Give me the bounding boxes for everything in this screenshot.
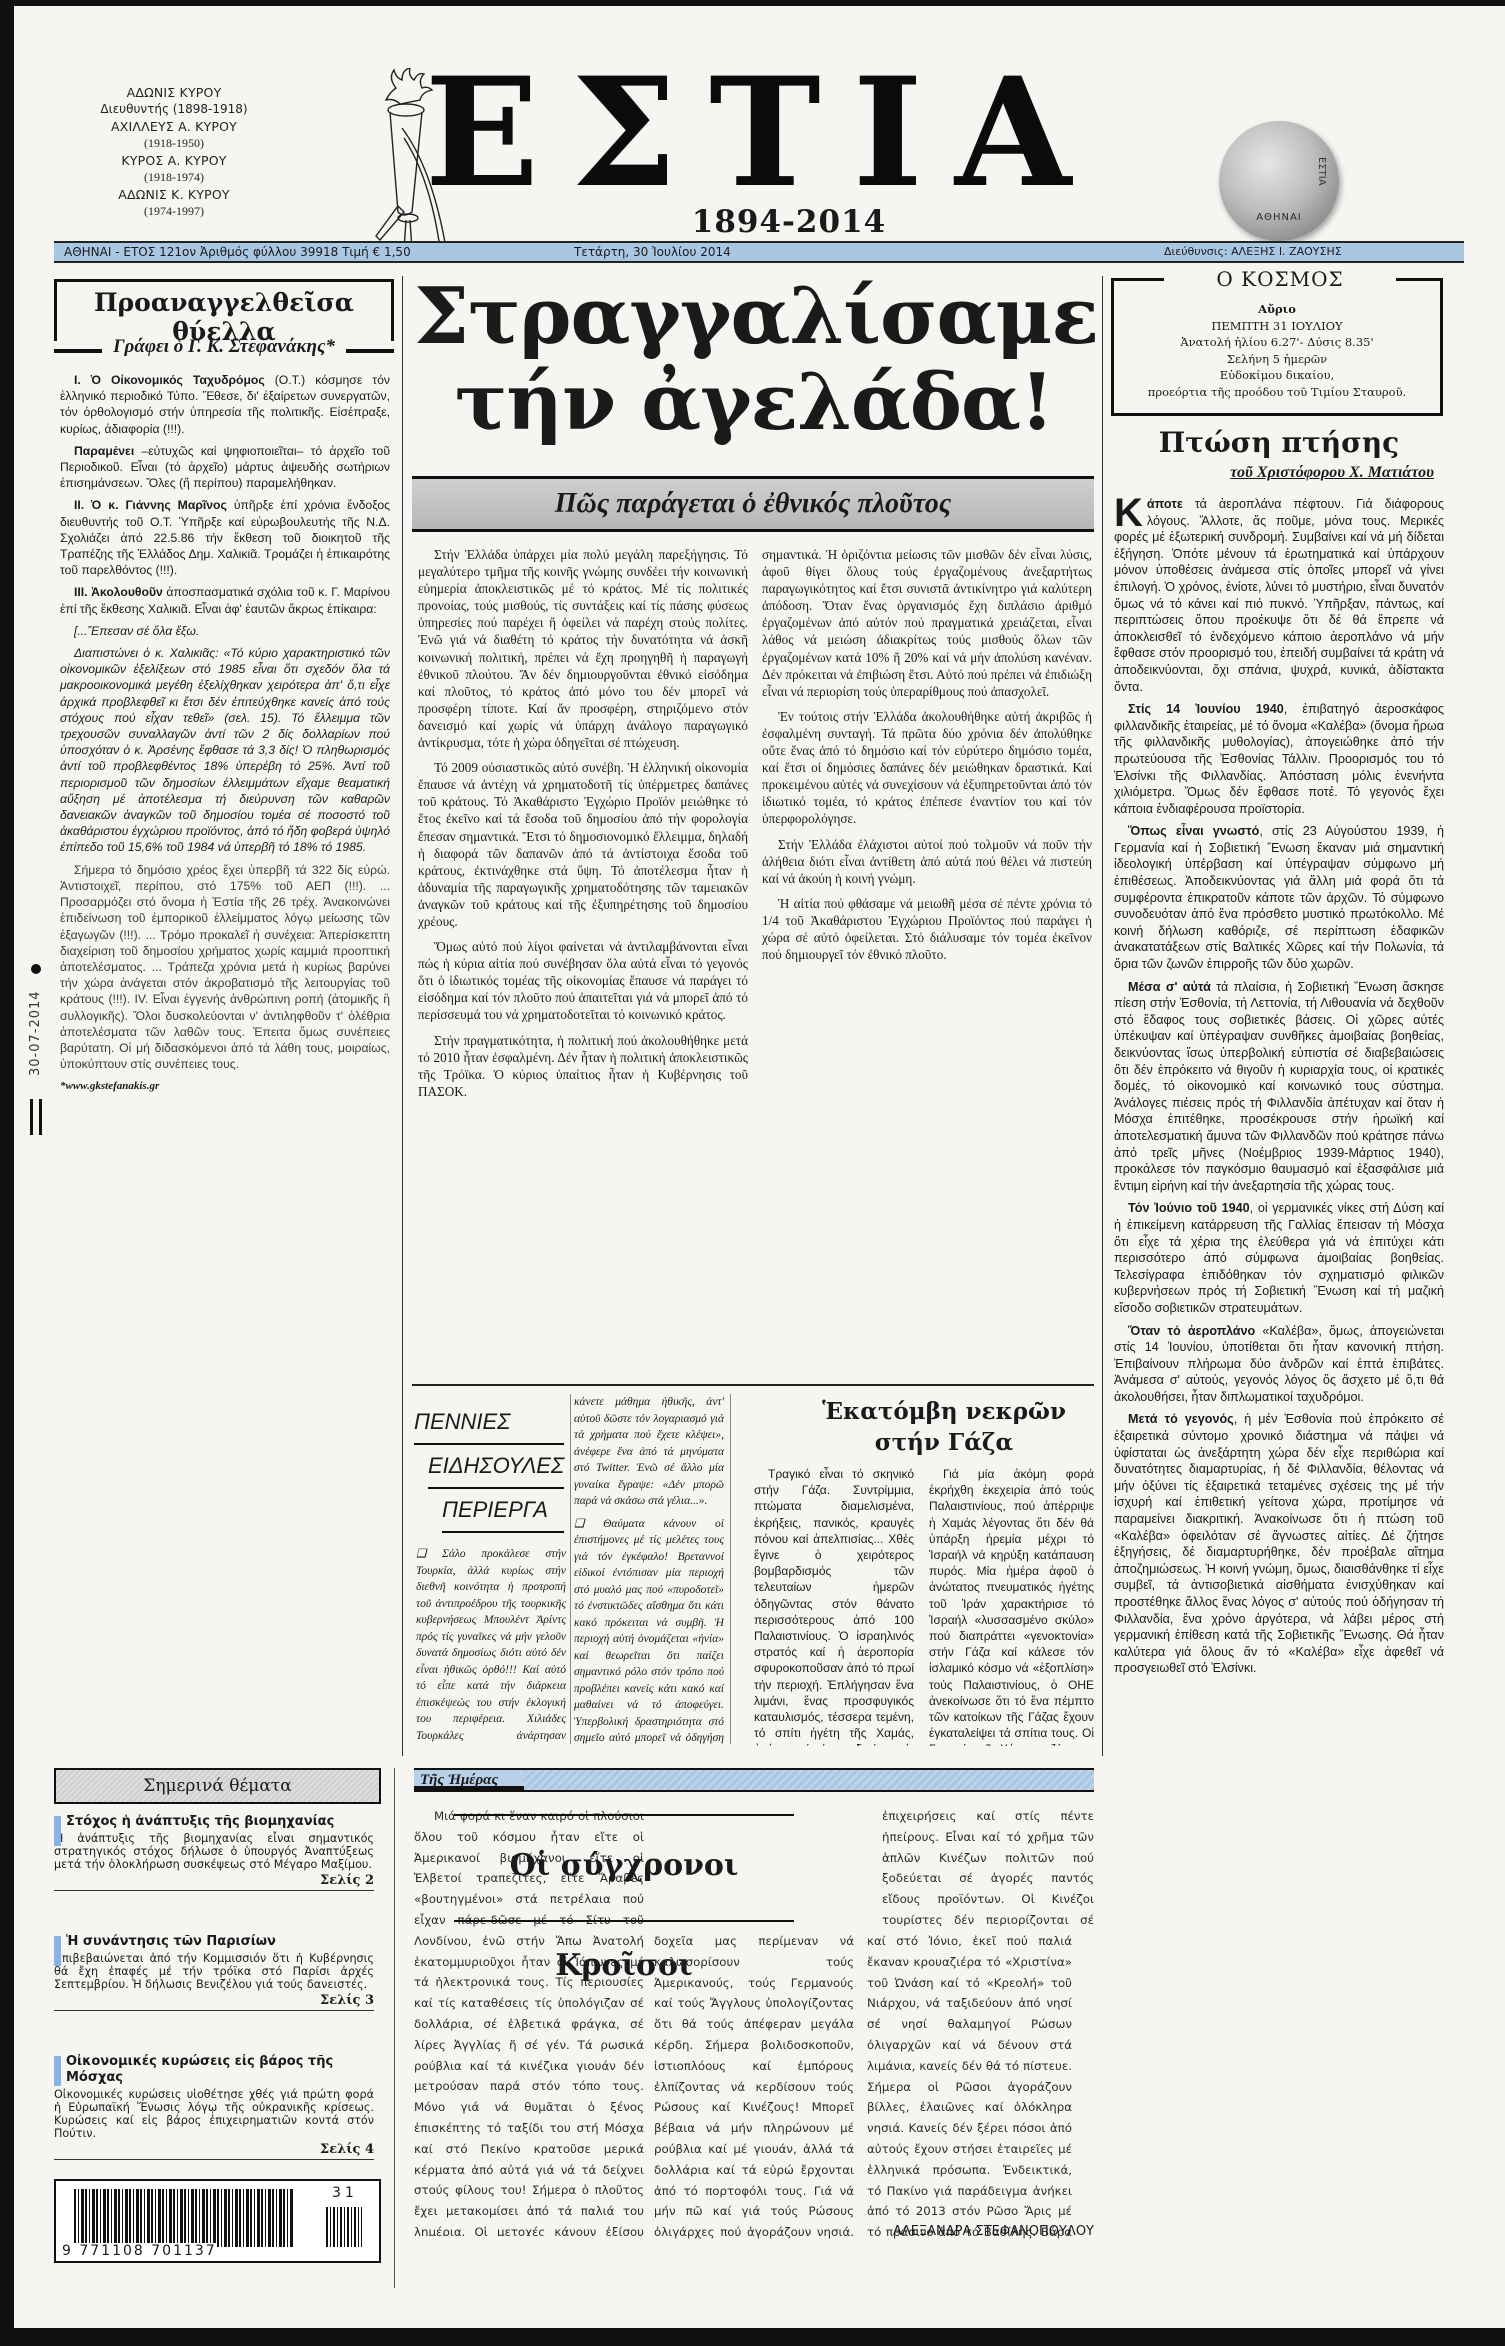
column-divider bbox=[394, 1768, 395, 2288]
athena-coin-icon: ΑΘΗΝΑΙ ΕΣΤΙΑ bbox=[1219, 121, 1339, 241]
founder: ΑΔΩΝΙΣ Κ. ΚΥΡΟΥ(1974-1997) bbox=[74, 186, 274, 220]
gaza-headline: Ἑκατόμβη νεκρῶν στήν Γάζα bbox=[794, 1396, 1094, 1458]
double-bar-icon bbox=[30, 1099, 42, 1135]
main-article-col2: σημαντικά. Ἡ ὁριζόντια μείωσις τῶν μισθῶ… bbox=[762, 546, 1092, 1366]
todays-topics-title: Σημερινά θέματα bbox=[54, 1768, 381, 1804]
author-website: *www.gkstefanakis.gr bbox=[60, 1078, 390, 1094]
page-edge bbox=[14, 2328, 1505, 2336]
director-name: Διεύθυνσις: ΑΛΕΞΗΣ Ι. ΖΑΟΥΣΗΣ bbox=[1164, 243, 1342, 261]
newspaper-title: ΕΣΤΙΑ bbox=[414, 58, 1114, 208]
topic-item[interactable]: Οἰκονομικές κυρώσεις εἰς βάρος τῆς Μόσχα… bbox=[54, 2054, 374, 2160]
main-subheadline: Πῶς παράγεται ὁ ἐθνικός πλοῦτος bbox=[412, 476, 1094, 532]
quote-paragraph: Διαπιστώνει ὁ κ. Χαλικιᾶς: «Τό κύριο χαρ… bbox=[60, 645, 390, 856]
left-article-byline: Γράφει ὁ Γ. Κ. Στεφανάκης* bbox=[54, 336, 394, 364]
issue-date: Τετάρτη, 30 Ἰουλίου 2014 bbox=[574, 243, 731, 261]
section-label: Τῆς Ἡμέρας bbox=[414, 1770, 524, 1790]
founder: ΑΔΩΝΙΣ ΚΥΡΟΥΔιευθυντής (1898-1918) bbox=[74, 84, 274, 118]
page-reference: Σελίς 4 bbox=[54, 2142, 374, 2160]
drop-cap: Κ bbox=[1114, 498, 1143, 528]
pennies-heading: Πεννιες Ειδησουλες Περιεργα bbox=[414, 1401, 564, 1533]
world-box-title: Ο ΚΟΣΜΟΣ bbox=[1164, 267, 1396, 291]
gaza-col1: Τραγικό εἶναι τό σκηνικό στήν Γάζα. Συντ… bbox=[754, 1466, 914, 1746]
world-box: Ο ΚΟΣΜΟΣ Αὔριο ΠΕΜΠΤΗ 31 ΙΟΥΛΙΟΥ Ἀνατολή… bbox=[1111, 278, 1443, 416]
kroisoi-col4: ἐπιχειρήσεις καί στίς πέντε ἠπείρους. Εἶ… bbox=[882, 1806, 1094, 1926]
main-article-col1: Στήν Ἑλλάδα ὑπάρχει μία πολύ μεγάλη παρε… bbox=[418, 546, 748, 1366]
column-divider bbox=[570, 1394, 571, 1744]
column-divider bbox=[1102, 276, 1103, 1756]
main-headline: Στραγγαλίσαμε τήν ἀγελάδα! bbox=[414, 274, 1094, 446]
kroisoi-headline: Οἱ σύγχρονοι Κροῖσοι bbox=[454, 1814, 794, 1922]
founder: ΚΥΡΟΣ Α. ΚΥΡΟΥ(1918-1974) bbox=[74, 152, 274, 186]
masthead-logo: ΕΣΤΙΑ 1894-2014 bbox=[374, 76, 1094, 206]
continuation-paragraph: Σήμερα τό δημόσιο χρέος ἔχει ὑπερβῆ τά 3… bbox=[60, 862, 390, 1073]
right-article-byline: τοῦ Χριστόφορου Χ. Ματιάτου bbox=[1114, 464, 1434, 482]
founder: ΑΧΙΛΛΕΥΣ Α. ΚΥΡΟΥ(1918-1950) bbox=[74, 118, 274, 152]
left-article-body: Ι. Ὁ Οἰκονομικός Ταχυδρόμος (Ο.Τ.) κόσμη… bbox=[60, 372, 390, 1101]
page-reference: Σελίς 3 bbox=[54, 1993, 374, 2011]
newspaper-years: 1894-2014 bbox=[574, 204, 1004, 240]
kroisoi-col2: δοχεῖα μας περίμεναν νά καλωσορίσουν τού… bbox=[654, 1931, 854, 2241]
column-divider bbox=[402, 276, 403, 1756]
barcode-bars-icon bbox=[74, 2189, 294, 2247]
right-article-title: Πτώση πτήσης bbox=[1114, 426, 1444, 459]
section-divider bbox=[412, 1384, 1094, 1386]
left-article-title-box: Προαναγγελθεῖσα θύελλα bbox=[54, 279, 394, 341]
side-date: 30-07-2014 bbox=[28, 966, 48, 1096]
checkbox-bullet-icon: ❑ bbox=[574, 1518, 603, 1530]
page-reference: Σελίς 2 bbox=[54, 1873, 374, 1891]
issue-info-bar: ΑΘΗΝΑΙ - ΕΤΟΣ 121ον Ἀριθμός φύλλου 39918… bbox=[54, 241, 1464, 263]
section-bar: Τῆς Ἡμέρας bbox=[414, 1768, 1094, 1792]
column-divider bbox=[730, 1394, 731, 1744]
kroisoi-author: ΑΛΕΞΑΝΔΡΑ ΣΤΕΦΑΝΟΠΟΥΛΟΥ bbox=[854, 2224, 1094, 2239]
newspaper-front-page: ΑΔΩΝΙΣ ΚΥΡΟΥΔιευθυντής (1898-1918) ΑΧΙΛΛ… bbox=[14, 6, 1505, 2336]
gaza-col2: Γιά μία ἀκόμη φορά ἐκρήχθη ἐκεχειρία ἀπό… bbox=[929, 1466, 1094, 1746]
world-box-body: Αὔριο ΠΕΜΠΤΗ 31 ΙΟΥΛΙΟΥ Ἀνατολή ἡλίου 6.… bbox=[1114, 301, 1440, 400]
barcode-addon-bars-icon bbox=[326, 2207, 362, 2247]
pennies-col2: κάνετε μάθημα ἠθικῆς, ἀντ' αὐτοῦ δῶστε τ… bbox=[574, 1394, 724, 1749]
kroisoi-col3: καί στό Ἰόνιο, ἐκεῖ πού παλιά ἔκαναν κρο… bbox=[867, 1931, 1072, 2241]
topic-item[interactable]: Ἡ συνάντησις τῶν Παρισίων Ἐπιβεβαιώνεται… bbox=[54, 1934, 374, 2011]
barcode: 31 9 771108 701137 bbox=[54, 2179, 381, 2263]
right-article-body: Κάποτε τά ἀεροπλάνα πέφτουν. Γιά διάφορο… bbox=[1114, 496, 1444, 2266]
issue-number: ΑΘΗΝΑΙ - ΕΤΟΣ 121ον Ἀριθμός φύλλου 39918… bbox=[64, 243, 411, 261]
topic-item[interactable]: Στόχος ἡ ἀνάπτυξις τῆς βιομηχανίας Ἡ ἀνά… bbox=[54, 1814, 374, 1891]
pennies-col1: ❑ Σάλο προκάλεσε στήν Τουρκία, ἀλλά κυρί… bbox=[416, 1546, 566, 1746]
founders-list: ΑΔΩΝΙΣ ΚΥΡΟΥΔιευθυντής (1898-1918) ΑΧΙΛΛ… bbox=[74, 84, 274, 220]
checkbox-bullet-icon: ❑ bbox=[416, 1548, 442, 1560]
